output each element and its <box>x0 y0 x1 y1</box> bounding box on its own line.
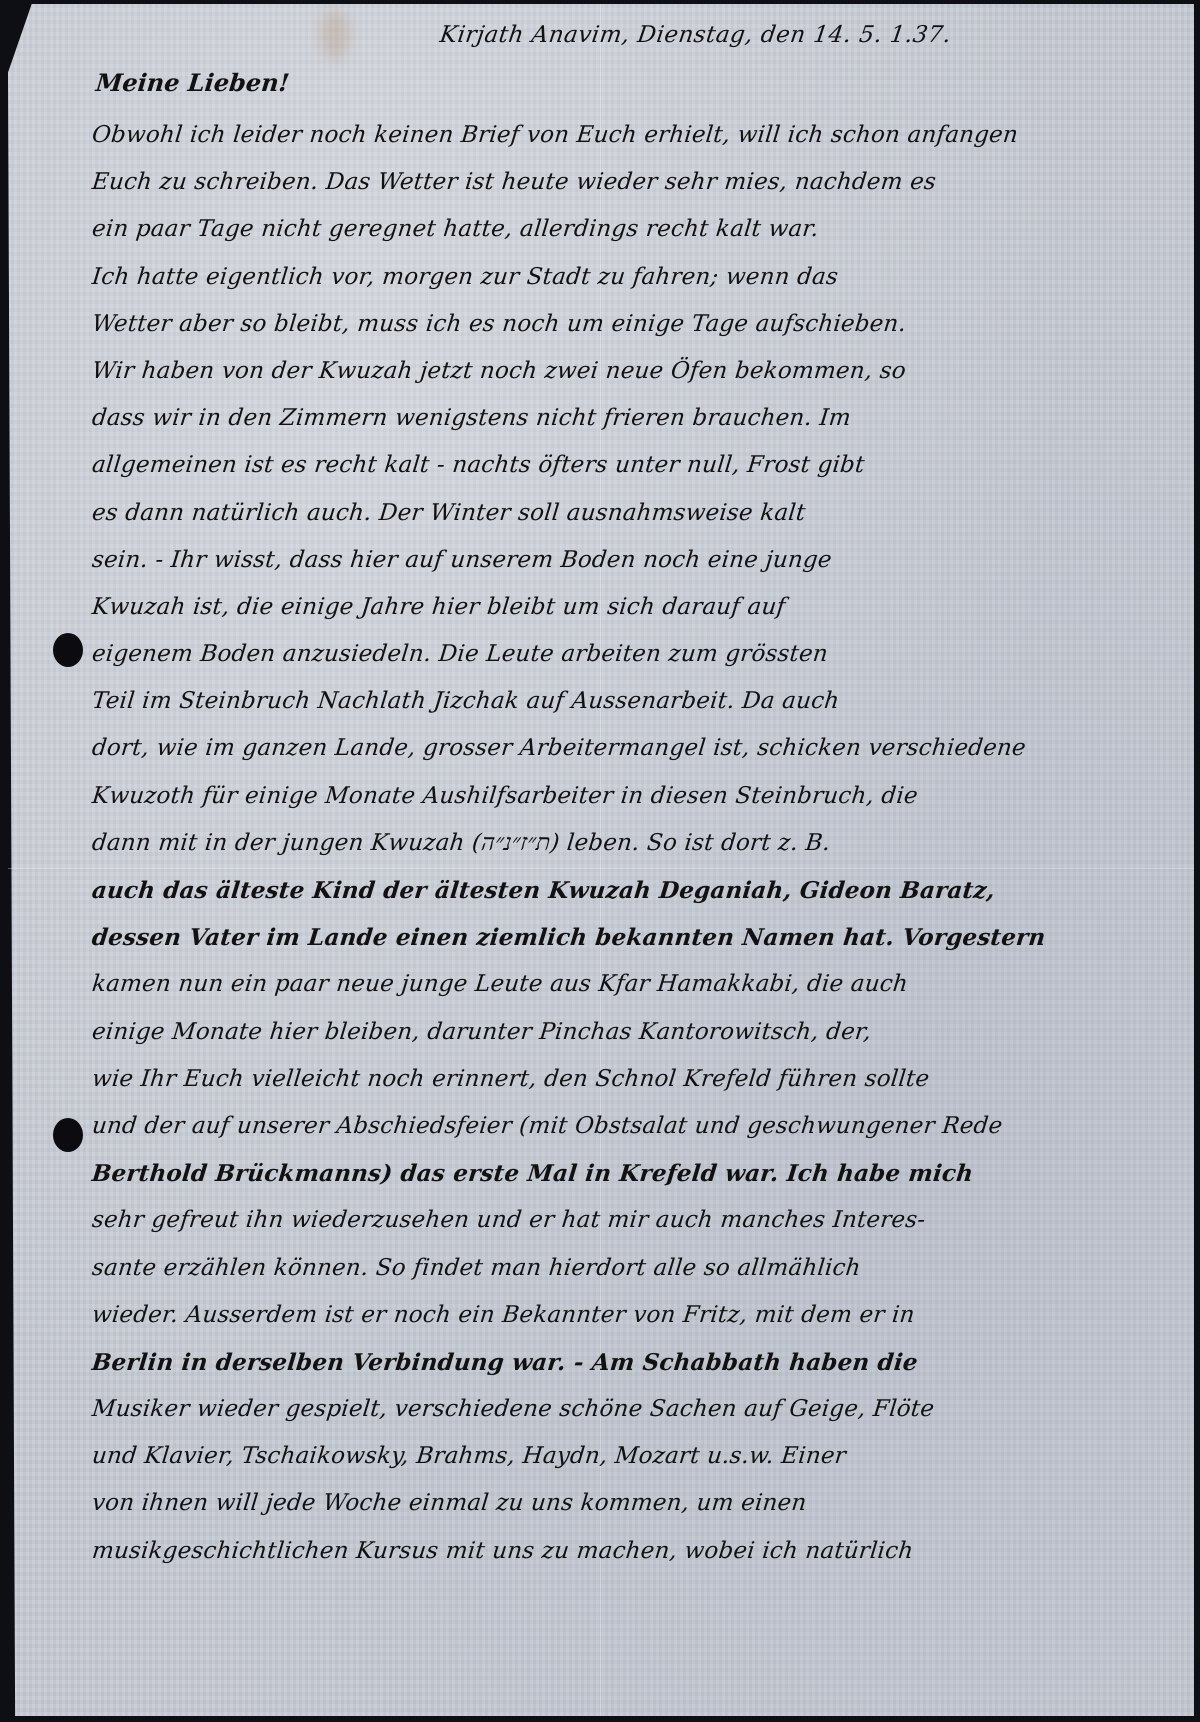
text-line: dessen Vater im Lande einen ziemlich bek… <box>90 914 1185 961</box>
text-line: wie Ihr Euch vielleicht noch erinnert, d… <box>90 1056 1185 1103</box>
text-line: dort, wie im ganzen Lande, grosser Arbei… <box>90 725 1185 772</box>
text-line: es dann natürlich auch. Der Winter soll … <box>90 490 1185 537</box>
text-line: von ihnen will jede Woche einmal zu uns … <box>90 1480 1185 1527</box>
text-line: ein paar Tage nicht geregnet hatte, alle… <box>90 206 1185 253</box>
text-line: Obwohl ich leider noch keinen Brief von … <box>90 112 1185 159</box>
text-line: Berthold Brückmanns) das erste Mal in Kr… <box>90 1150 1185 1197</box>
text-line: sein. - Ihr wisst, dass hier auf unserem… <box>90 537 1185 584</box>
text-line: und der auf unserer Abschiedsfeier (mit … <box>90 1103 1185 1150</box>
text-line: musikgeschichtlichen Kursus mit uns zu m… <box>90 1528 1185 1575</box>
text-line: eigenem Boden anzusiedeln. Die Leute arb… <box>90 631 1185 678</box>
text-line: Ich hatte eigentlich vor, morgen zur Sta… <box>90 254 1185 301</box>
text-line: Berlin in derselben Verbindung war. - Am… <box>90 1339 1185 1386</box>
text-line: Wetter aber so bleibt, muss ich es noch … <box>90 301 1185 348</box>
text-line: Wir haben von der Kwuzah jetzt noch zwei… <box>90 348 1185 395</box>
text-line: sante erzählen können. So findet man hie… <box>90 1245 1185 1292</box>
salutation: Meine Lieben! <box>94 68 290 97</box>
text-line: einige Monate hier bleiben, darunter Pin… <box>90 1009 1185 1056</box>
letter-body: Obwohl ich leider noch keinen Brief von … <box>92 112 1182 1575</box>
text-line: und Klavier, Tschaikowsky, Brahms, Haydn… <box>90 1433 1185 1480</box>
text-line: Euch zu schreiben. Das Wetter ist heute … <box>90 159 1185 206</box>
text-line: kamen nun ein paar neue junge Leute aus … <box>90 961 1185 1008</box>
text-line: Kwuzoth für einige Monate Aushilfsarbeit… <box>90 773 1185 820</box>
text-line: allgemeinen ist es recht kalt - nachts ö… <box>90 442 1185 489</box>
text-line: Kwuzah ist, die einige Jahre hier bleibt… <box>90 584 1185 631</box>
text-line: Musiker wieder gespielt, verschiedene sc… <box>90 1386 1185 1433</box>
text-line: auch das älteste Kind der ältesten Kwuza… <box>90 867 1185 914</box>
text-line: dass wir in den Zimmern wenigstens nicht… <box>90 395 1185 442</box>
handwritten-letter: Kirjath Anavim, Dienstag, den 14. 5. 1.3… <box>0 0 1200 1722</box>
place-date-line: Kirjath Anavim, Dienstag, den 14. 5. 1.3… <box>438 22 953 48</box>
text-line: wieder. Ausserdem ist er noch ein Bekann… <box>90 1292 1185 1339</box>
text-line: Teil im Steinbruch Nachlath Jizchak auf … <box>90 678 1185 725</box>
text-line: dann mit in der jungen Kwuzah (ת״ז״נ״ה) … <box>90 820 1185 867</box>
text-line: sehr gefreut ihn wiederzusehen und er ha… <box>90 1197 1185 1244</box>
